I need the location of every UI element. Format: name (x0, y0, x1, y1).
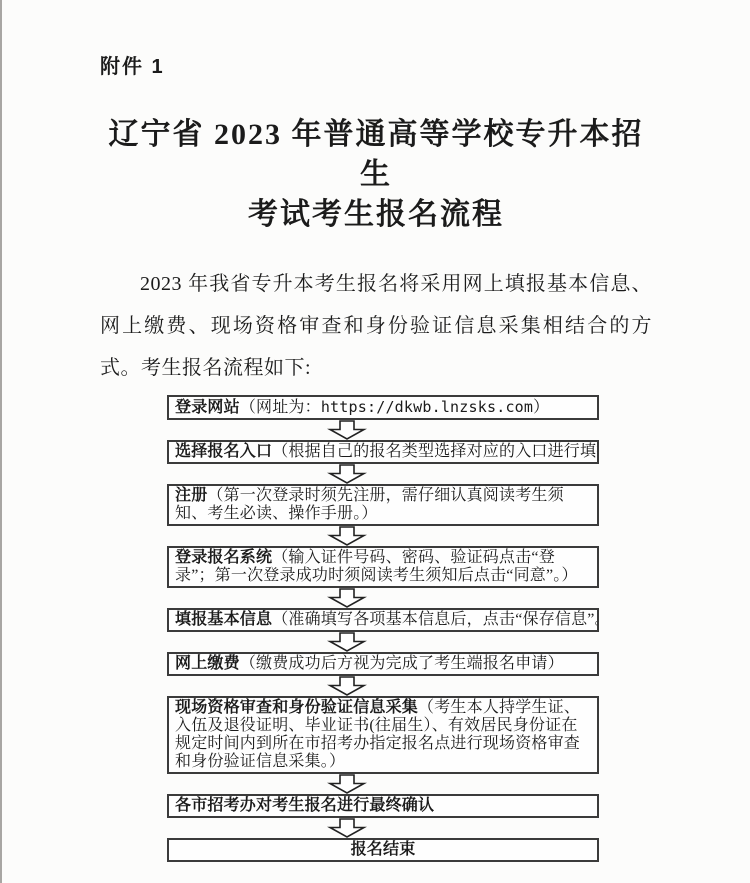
flow-down-arrow-icon (327, 676, 367, 696)
flow-step-onsite-verification: 现场资格审查和身份验证信息采集（考生本人持学生证、入伍及退役证明、毕业证书(往届… (167, 696, 599, 774)
document-title: 辽宁省 2023 年普通高等学校专升本招生 考试考生报名流程 (100, 115, 652, 235)
flow-step-registration-end: 报名结束 (167, 838, 599, 862)
flow-step-label: 各市招考办对考生报名进行最终确认 (175, 797, 434, 814)
flow-down-arrow-icon (327, 526, 367, 546)
flow-step-detail: （准确填写各项基本信息后，点击“保存信息”。） (272, 611, 599, 628)
flow-step-label: 选择报名入口 (175, 443, 272, 460)
flow-down-arrow-icon (327, 632, 367, 652)
flow-step-label: 现场资格审查和身份验证信息采集 (175, 699, 418, 716)
intro-paragraph: 2023 年我省专升本考生报名将采用网上填报基本信息、网上缴费、现场资格审查和身… (100, 263, 652, 389)
flow-step-label: 报名结束 (351, 841, 416, 858)
flow-step-label: 填报基本信息 (175, 611, 272, 628)
document-content: 附件 1 辽宁省 2023 年普通高等学校专升本招生 考试考生报名流程 2023… (0, 0, 750, 862)
flow-step-detail: （根据自己的报名类型选择对应的入口进行填报） (272, 443, 599, 460)
flow-step-register: 注册（第一次登录时须先注册，需仔细认真阅读考生须知、考生必读、操作手册。） (167, 484, 599, 526)
flow-down-arrow-icon (327, 464, 367, 484)
flow-down-arrow-icon (327, 818, 367, 838)
flow-step-login-system: 登录报名系统（输入证件号码、密码、验证码点击“登录”；第一次登录成功时须阅读考生… (167, 546, 599, 588)
document-title-line1: 辽宁省 2023 年普通高等学校专升本招生 (100, 115, 652, 195)
flow-down-arrow-icon (327, 420, 367, 440)
flow-step-label: 注册 (175, 487, 207, 504)
flow-step-detail: （第一次登录时须先注册，需仔细认真阅读考生须知、考生必读、操作手册。） (175, 487, 564, 522)
flow-step-detail: ） (533, 399, 549, 416)
flow-step-detail: （网址为： (240, 399, 321, 416)
registration-flowchart: 登录网站（网址为：https://dkwb.lnzsks.com） 选择报名入口… (167, 395, 599, 862)
flow-step-fill-basic-info: 填报基本信息（准确填写各项基本信息后，点击“保存信息”。） (167, 608, 599, 632)
scanned-document-page: { "page": { "attachment_label": "附件 1", … (0, 0, 750, 883)
scan-edge-artifact (0, 0, 2, 883)
flow-step-detail: （缴费成功后方视为完成了考生端报名申请） (240, 655, 564, 672)
attachment-label: 附件 1 (100, 50, 652, 79)
flow-step-choose-entrance: 选择报名入口（根据自己的报名类型选择对应的入口进行填报） (167, 440, 599, 464)
flow-down-arrow-icon (327, 588, 367, 608)
flow-down-arrow-icon (327, 774, 367, 794)
flow-step-login-website: 登录网站（网址为：https://dkwb.lnzsks.com） (167, 395, 599, 420)
flow-step-final-confirmation: 各市招考办对考生报名进行最终确认 (167, 794, 599, 818)
flow-step-label: 登录报名系统 (175, 549, 272, 566)
flow-step-online-payment: 网上缴费（缴费成功后方视为完成了考生端报名申请） (167, 652, 599, 676)
document-title-line2: 考试考生报名流程 (100, 195, 652, 235)
flow-step-label: 网上缴费 (175, 655, 240, 672)
flow-step-label: 登录网站 (175, 399, 240, 416)
registration-website-url: https://dkwb.lnzsks.com (321, 398, 533, 416)
